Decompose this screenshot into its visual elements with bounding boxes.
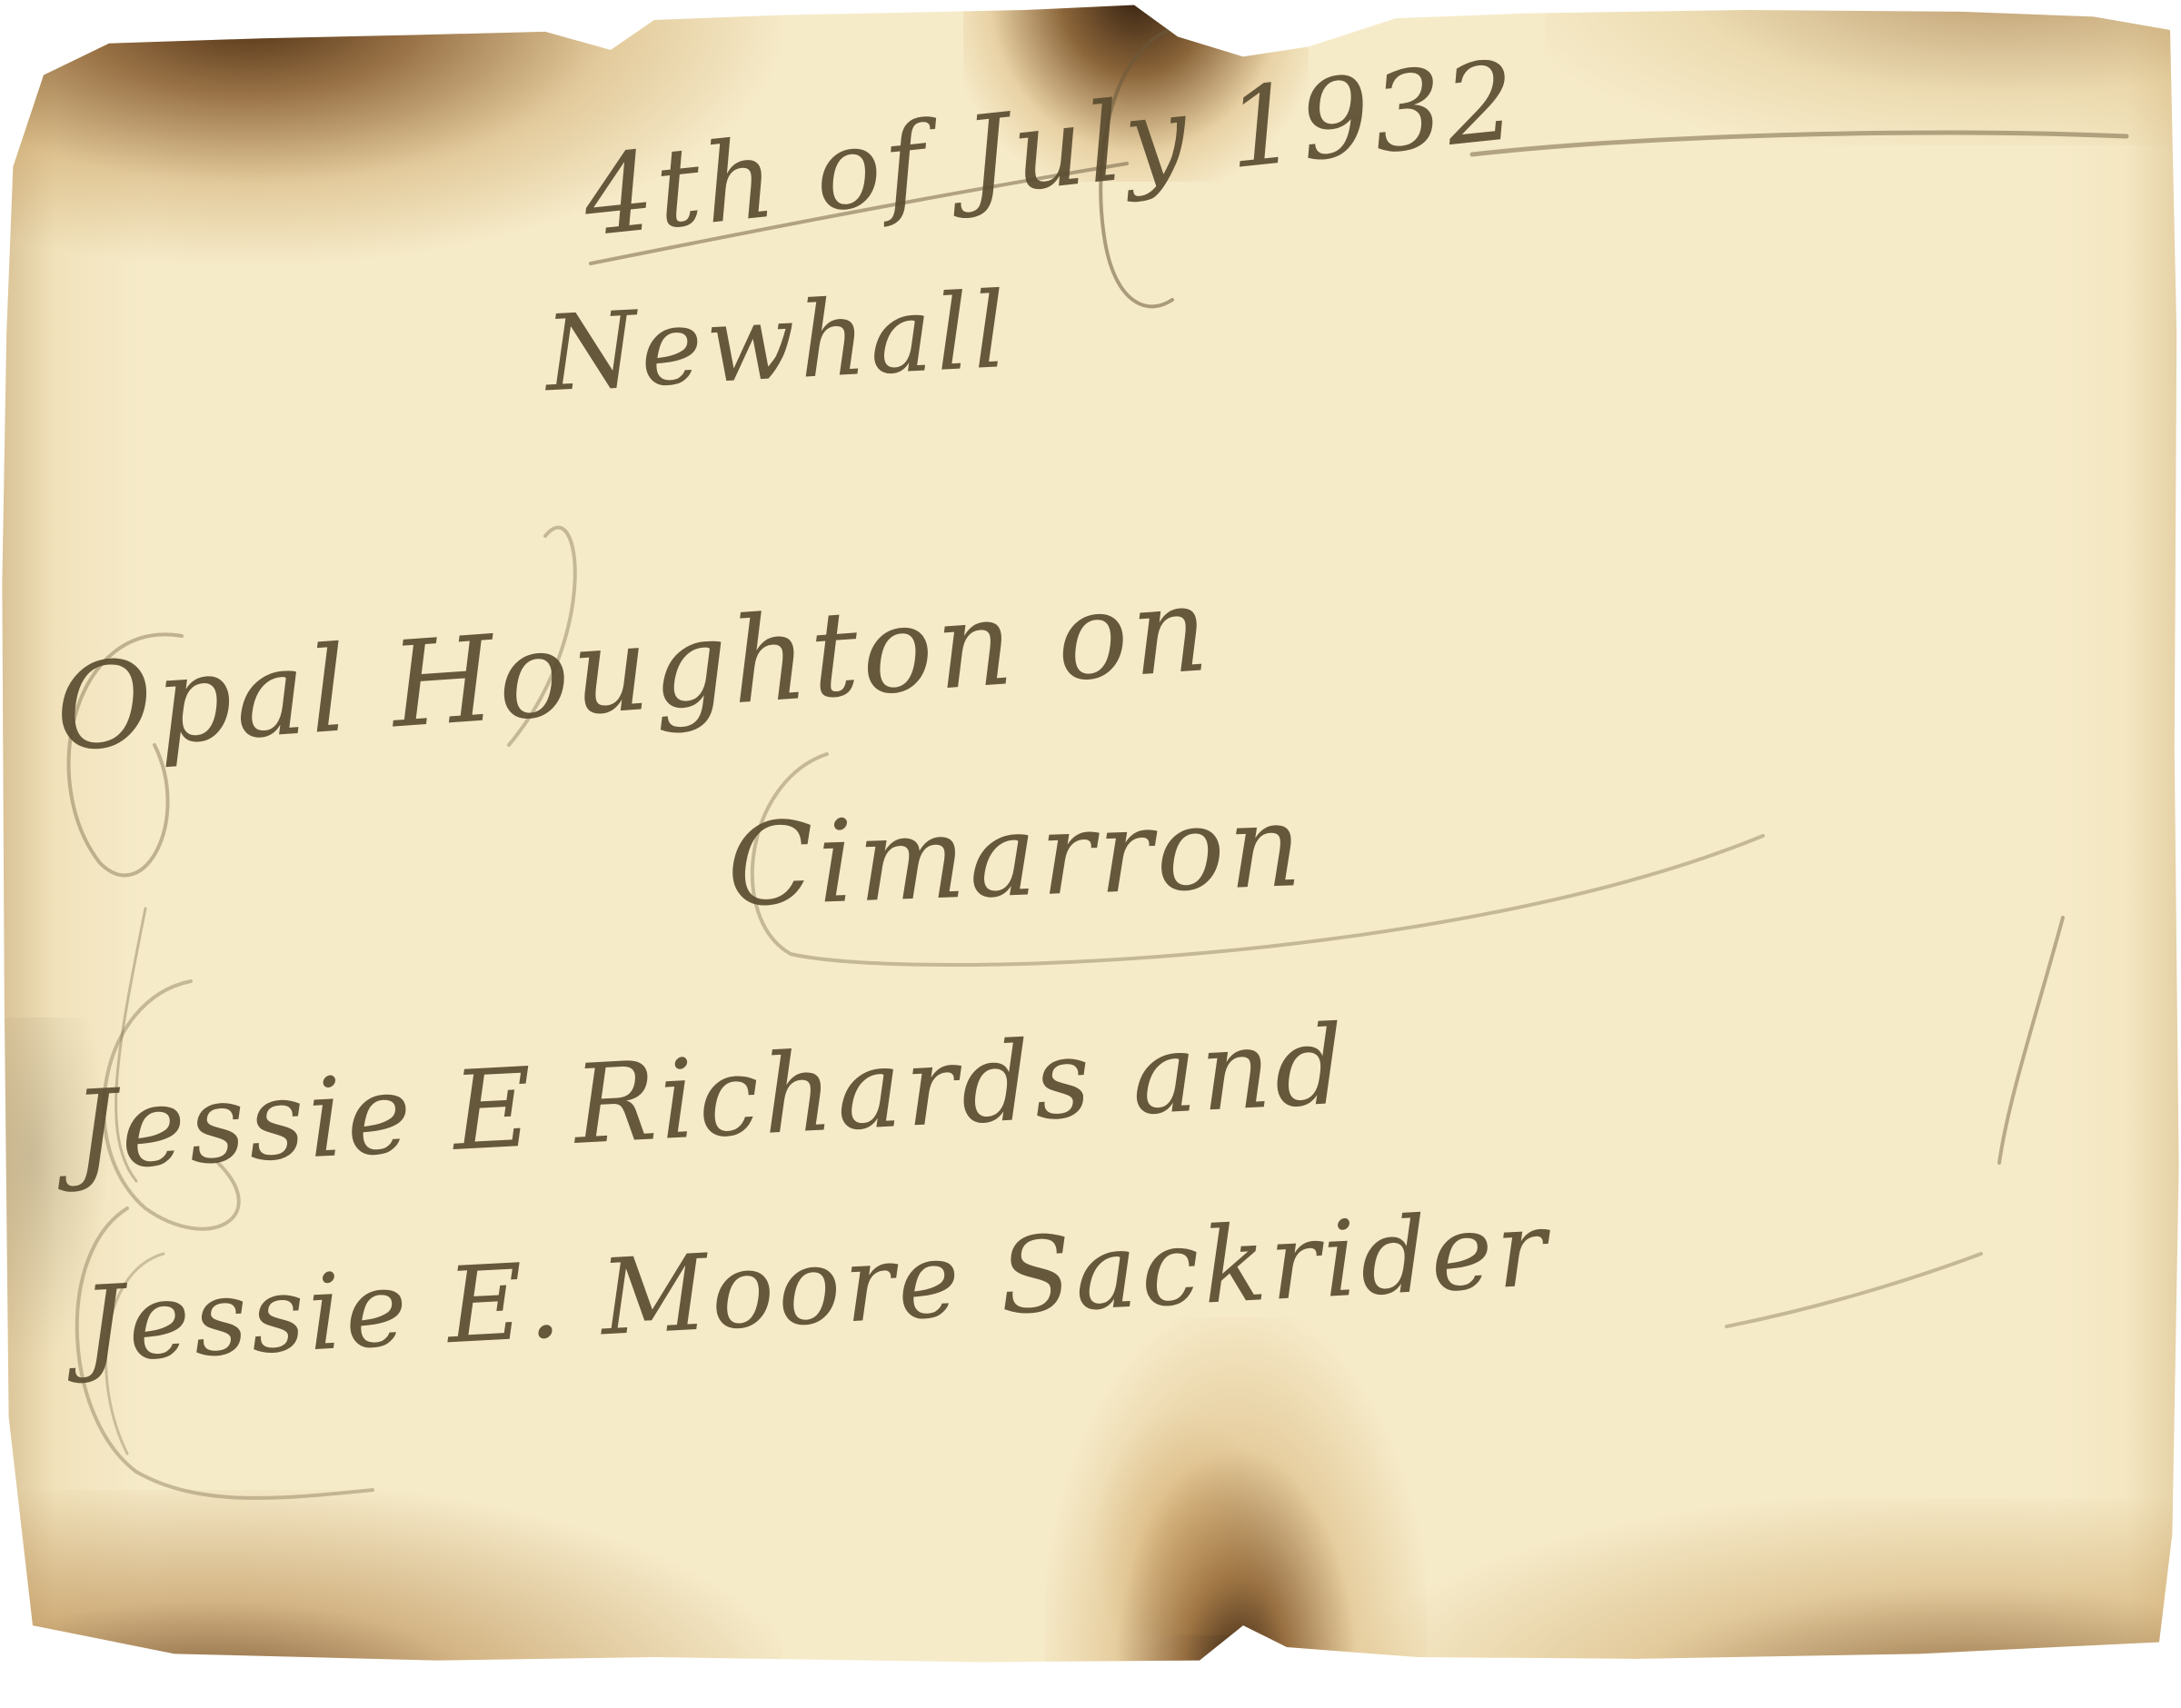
burned-paper-card: 4th of July 1932 Newhall Opal Houghton o…	[0, 0, 2181, 1667]
burn-edge-bottom-left	[0, 1490, 782, 1667]
scorch-streak	[1090, 1408, 1272, 1635]
handwritten-place: Newhall	[543, 270, 1013, 416]
handwritten-date: 4th of July 1932	[578, 37, 1526, 261]
burn-edge-bottom-right	[1363, 1499, 2181, 1667]
burn-edge-top-right	[1545, 0, 2181, 145]
burn-edge-right	[2054, 0, 2181, 1667]
handwritten-person-1: Jessie E Richards and	[70, 1002, 1350, 1195]
handwritten-subject: Opal Houghton on	[51, 560, 1216, 779]
handwritten-horse-name: Cimarron	[725, 780, 1308, 932]
handwritten-person-2: Jessie E. Moore Sackrider	[80, 1188, 1553, 1386]
burn-edge-left	[0, 0, 145, 1667]
burn-notch-bottom	[1045, 1317, 1427, 1667]
